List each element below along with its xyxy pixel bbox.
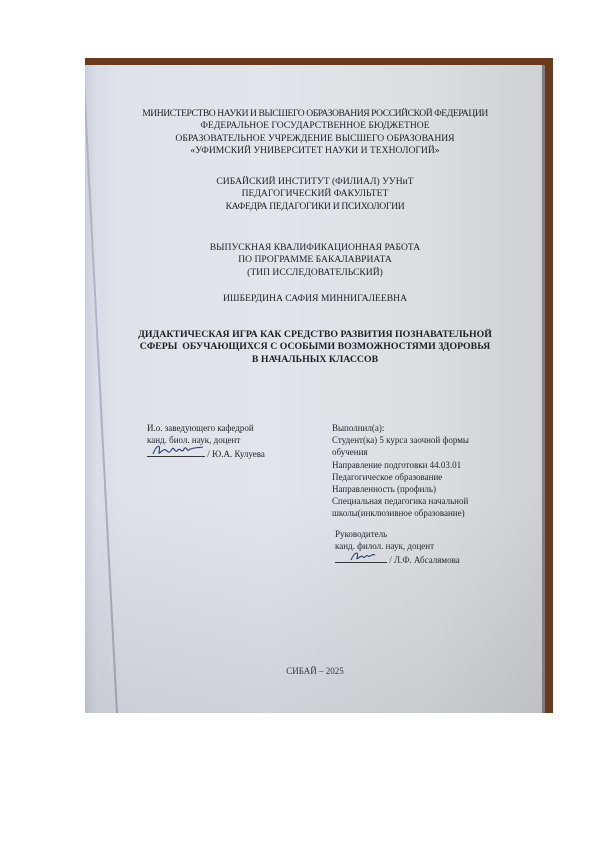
handwritten-signature-icon	[335, 548, 387, 564]
supervisor-name: / Л.Ф. Абсалямова	[389, 555, 459, 565]
ministry-line: ФЕДЕРАЛЬНОЕ ГОСУДАРСТВЕННОЕ БЮДЖЕТНОЕ	[85, 120, 545, 132]
work-type-line: ВЫПУСКНАЯ КВАЛИФИКАЦИОННАЯ РАБОТА	[85, 242, 545, 254]
student-line: школы(инклюзивное образование)	[332, 507, 469, 519]
student-line: Студент(ка) 5 курса заочной формы	[332, 434, 469, 446]
ministry-header: МИНИСТЕРСТВО НАУКИ И ВЫСШЕГО ОБРАЗОВАНИЯ…	[85, 108, 545, 158]
student-line: обучения	[332, 446, 469, 458]
ministry-line: «УФИМСКИЙ УНИВЕРСИТЕТ НАУКИ И ТЕХНОЛОГИЙ…	[85, 145, 545, 157]
ministry-line: МИНИСТЕРСТВО НАУКИ И ВЫСШЕГО ОБРАЗОВАНИЯ…	[85, 108, 545, 120]
student-line: Направленность (профиль)	[332, 483, 469, 495]
student-block: Выполнил(а): Студент(ка) 5 курса заочной…	[332, 422, 469, 520]
student-line: Педагогическое образование	[332, 471, 469, 483]
department-line: КАФЕДРА ПЕДАГОГИКИ И ПСИХОЛОГИИ	[85, 201, 545, 213]
work-type: ВЫПУСКНАЯ КВАЛИФИКАЦИОННАЯ РАБОТА ПО ПРО…	[85, 242, 545, 279]
author-name: ИШБЕРДИНА САФИЯ МИННИГАЛЕЕВНА	[85, 293, 545, 305]
title-page: МИНИСТЕРСТВО НАУКИ И ВЫСШЕГО ОБРАЗОВАНИЯ…	[85, 65, 545, 713]
thesis-title: ДИДАКТИЧЕСКАЯ ИГРА КАК СРЕДСТВО РАЗВИТИЯ…	[85, 329, 545, 366]
student-line: Специальная педагогика начальной	[332, 495, 469, 507]
signature-line	[335, 552, 387, 563]
institute-line: СИБАЙСКИЙ ИНСТИТУТ (ФИЛИАЛ) УУНиТ	[85, 176, 545, 188]
head-name: / Ю.А. Кулуева	[207, 449, 265, 459]
thesis-title-line: СФЕРЫ ОБУЧАЮЩИХСЯ С ОСОБЫМИ ВОЗМОЖНОСТЯМ…	[85, 341, 545, 353]
head-of-department-block: И.о. заведующего кафедрой канд. биол. на…	[147, 422, 265, 461]
work-type-line: (ТИП ИССЛЕДОВАТЕЛЬСКИЙ)	[85, 267, 545, 279]
thesis-title-line: В НАЧАЛЬНЫХ КЛАССОВ	[85, 354, 545, 366]
supervisor-block: Руководитель канд. филол. наук, доцент /…	[335, 528, 460, 567]
work-type-line: ПО ПРОГРАММЕ БАКАЛАВРИАТА	[85, 254, 545, 266]
thesis-title-line: ДИДАКТИЧЕСКАЯ ИГРА КАК СРЕДСТВО РАЗВИТИЯ…	[85, 329, 545, 341]
student-line: Выполнил(а):	[332, 422, 469, 434]
handwritten-signature-icon	[147, 442, 205, 458]
ministry-line: ОБРАЗОВАТЕЛЬНОЕ УЧРЕЖДЕНИЕ ВЫСШЕГО ОБРАЗ…	[85, 133, 545, 145]
document-photo: МИНИСТЕРСТВО НАУКИ И ВЫСШЕГО ОБРАЗОВАНИЯ…	[85, 58, 553, 713]
supervisor-role: Руководитель	[335, 528, 460, 540]
institute-header: СИБАЙСКИЙ ИНСТИТУТ (ФИЛИАЛ) УУНиТ ПЕДАГО…	[85, 176, 545, 213]
student-line: Направление подготовки 44.03.01	[332, 459, 469, 471]
faculty-line: ПЕДАГОГИЧЕСКИЙ ФАКУЛЬТЕТ	[85, 188, 545, 200]
head-role: И.о. заведующего кафедрой	[147, 422, 265, 434]
signature-line	[147, 446, 205, 457]
page-right-edge	[542, 65, 545, 713]
city-year: СИБАЙ – 2025	[85, 666, 545, 676]
